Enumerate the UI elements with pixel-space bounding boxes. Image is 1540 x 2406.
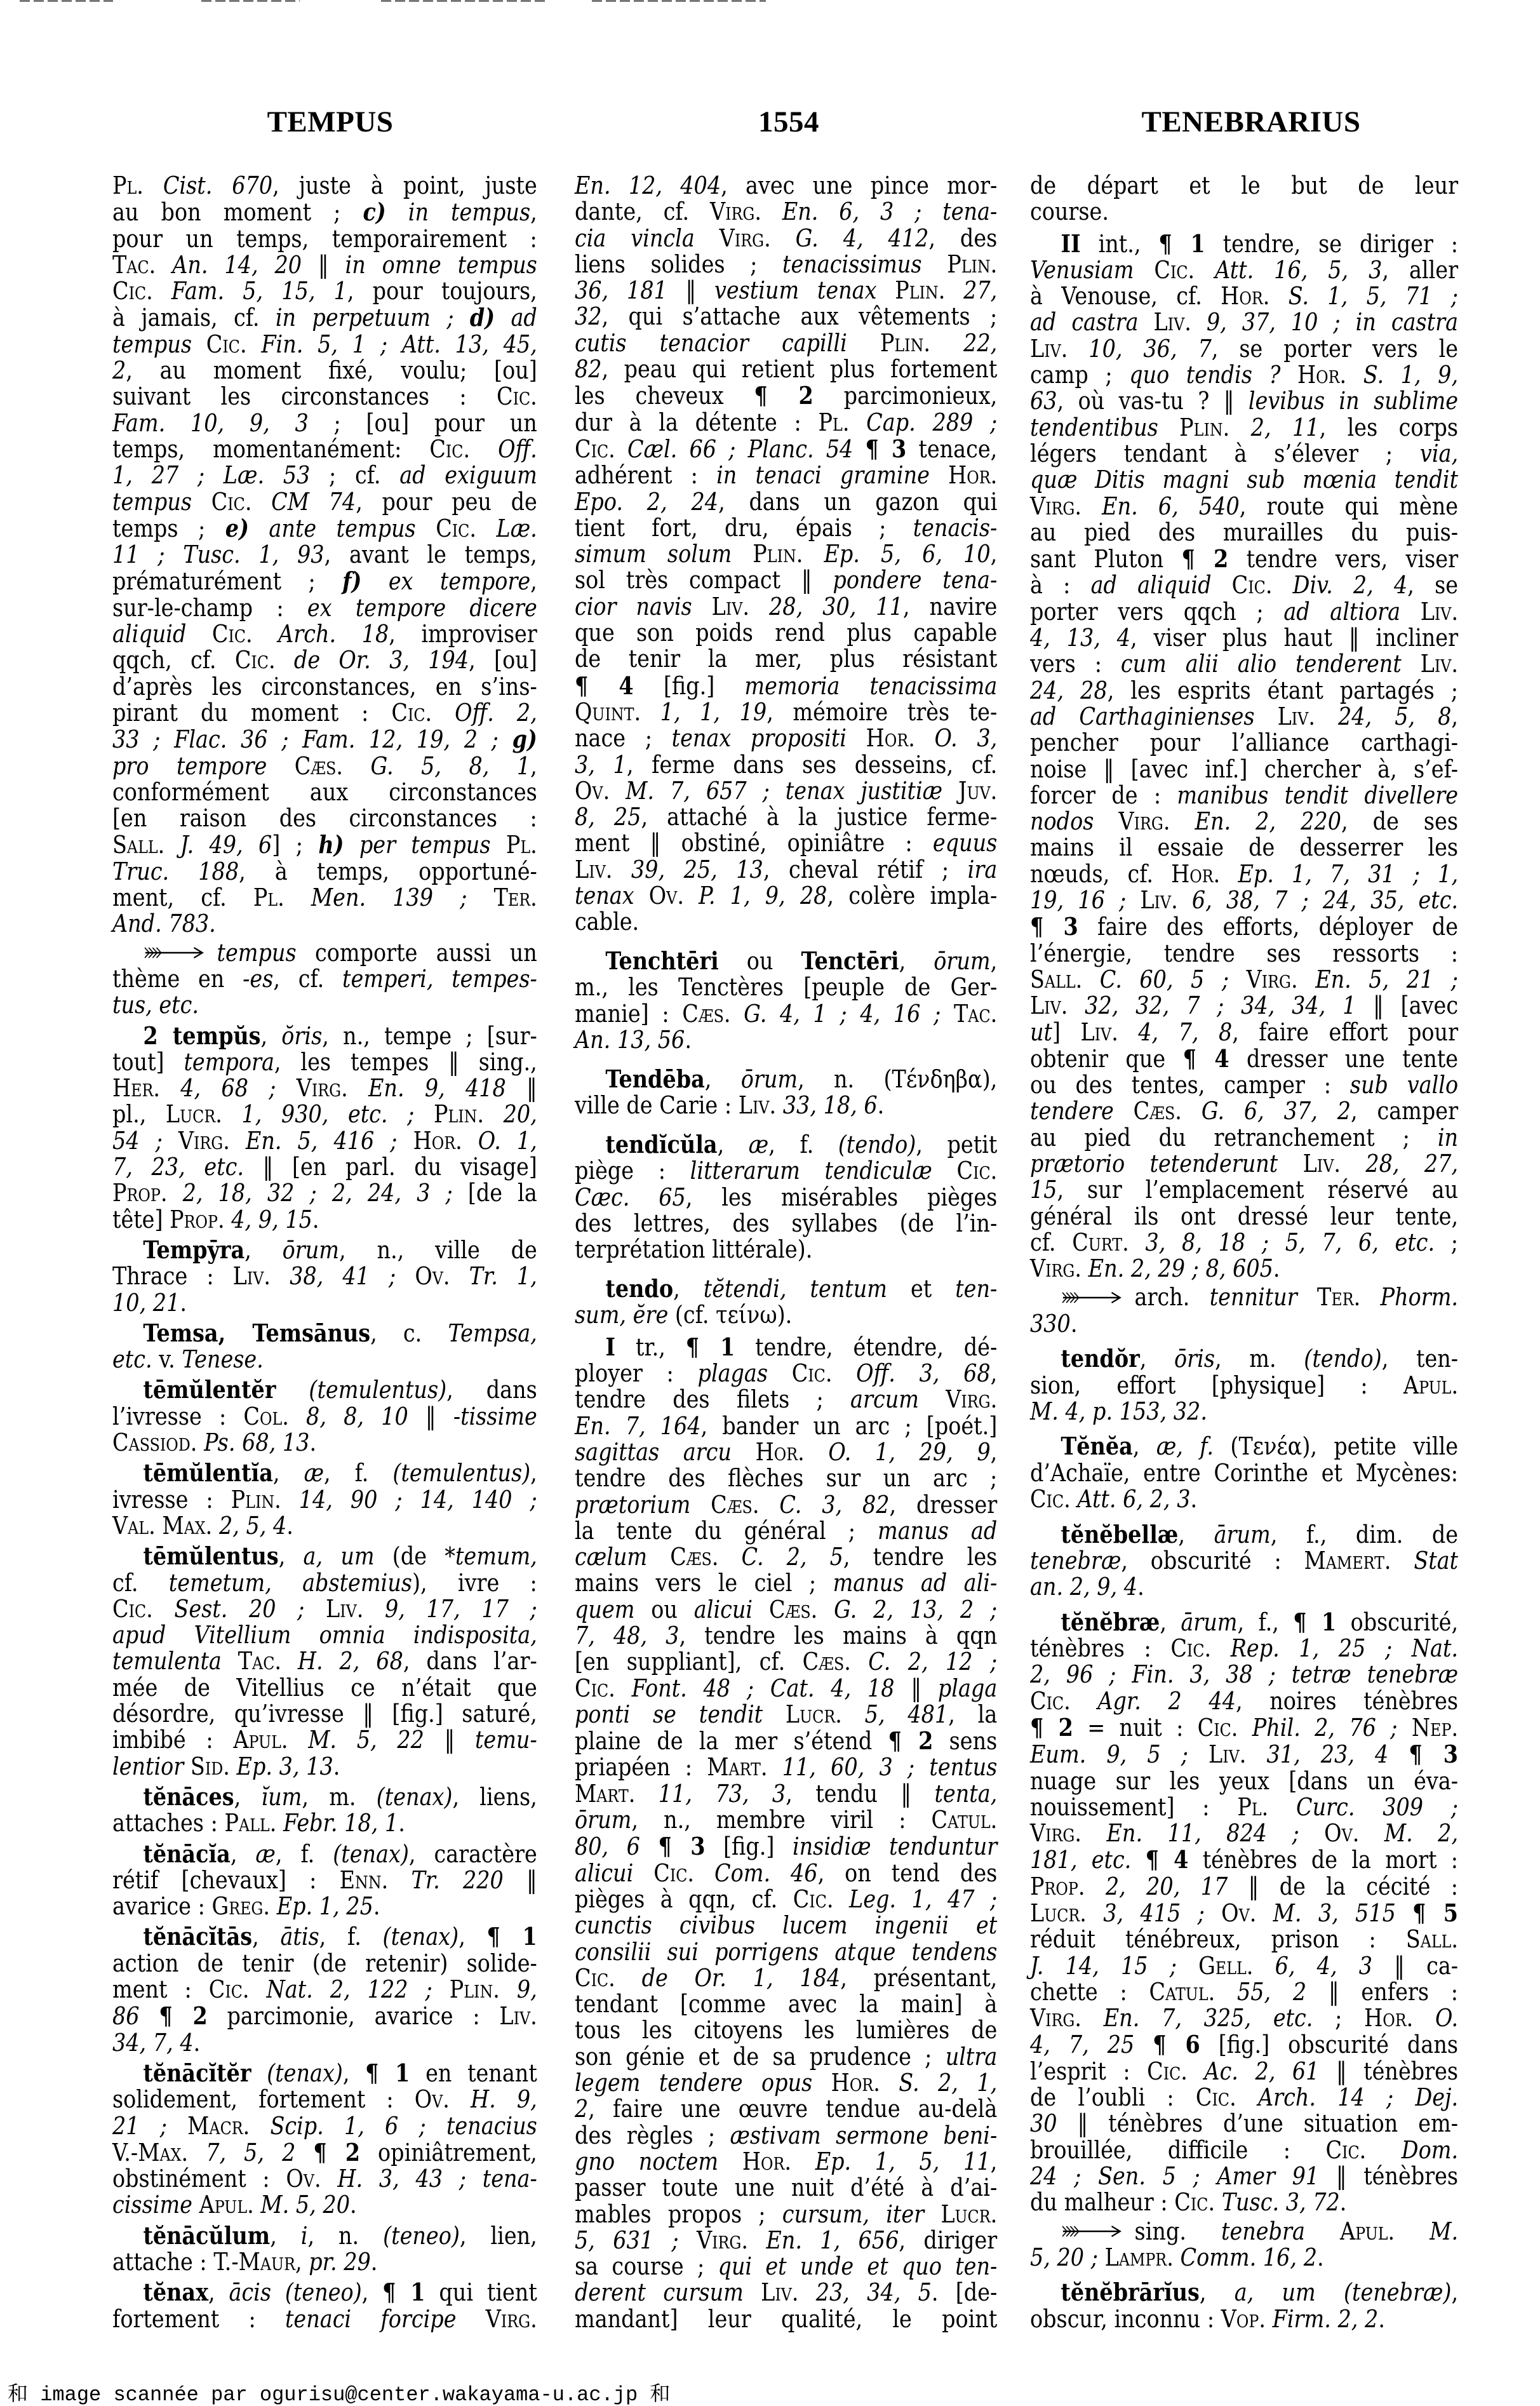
italic-text: 6, 38, 7 ; 24, 35, etc. [1192,886,1458,914]
italic-text: manus ad [878,1517,997,1545]
text-line: de l’oubli : Cic. Arch. 14 ; Dej. [1030,2085,1458,2111]
italic-text: Tr. 1, [469,1262,537,1290]
text-line: au pied du retranchement ; in [1030,1125,1458,1151]
sense-number: ¶ 4 [575,671,634,700]
text-line: tēmŭlentĭa, æ, f. (temulentus), [112,1460,537,1486]
author-abbreviation: Cic. [429,435,470,463]
sense-letter: e) [225,514,249,542]
author-abbreviation: Lucr. [786,1700,842,1728]
author-abbreviation: Tac. [112,251,156,279]
italic-text: tĕtendi, tentum [704,1275,887,1303]
text-line: camp ; quo tendis ? Hor. S. 1, 9, [1030,362,1458,388]
sense-number: ¶ 1 [487,1922,537,1951]
text-line: ut] Liv. 4, 7, 8, faire effort pour [1030,1019,1458,1045]
italic-text: J. 14, 15 ; [1030,1952,1177,1980]
sense-letter: c) [363,198,385,226]
author-abbreviation: Virg. [486,2305,537,2333]
italic-text: Att. 16, 5, 3 [1215,256,1382,284]
text-line: ou des tentes, camper : sub vallo [1030,1072,1458,1098]
author-abbreviation: Cæs. [803,1648,851,1676]
entry-paragraph: Tempȳra, ōrum, n., ville deThrace : Liv.… [112,1237,537,1316]
italic-text: cum alii alio tenderent [1121,650,1402,678]
text-line: Fam. 10, 9, 3 ; [ou] pour un [112,410,537,436]
author-abbreviation: Cic. [211,488,252,516]
text-line: de tenir la mer, plus résistant [575,646,997,672]
italic-text: Arch. 18 [278,620,389,648]
text-line: du malheur : Cic. Tusc. 3, 72. [1030,2189,1458,2215]
author-abbreviation: Cæs. [682,1000,730,1028]
sense-number: ¶ 2 [1030,1713,1073,1742]
text-line: Tendēba, ōrum, n. (Τένδηβα), [575,1066,997,1092]
italic-text: plagas [697,1359,768,1387]
author-abbreviation: Apul. [1403,1371,1458,1399]
author-abbreviation: Pl. [1237,1793,1268,1821]
italic-text: Ac. 2, 61 [1204,2057,1319,2085]
text-line: sol très compact ‖ pondere tena- [575,567,997,593]
text-line: 7, 48, 3, tendre les mains à qqn [575,1623,997,1649]
text-line: Sall. J. 49, 6] ; h) per tempus Pl. [112,831,537,858]
dictionary-entry: tĕnax, ācis (teneo), ¶ 1 qui tientfortem… [112,2279,537,2332]
italic-text: C. 3, 82 [779,1491,889,1519]
dictionary-entry: Tempȳra, ōrum, n., ville deThrace : Liv.… [112,1237,537,1316]
text-line: quem ou alicui Cæs. G. 2, 13, 2 ; [575,1597,997,1623]
author-abbreviation: Cassiod. [112,1428,197,1456]
text-line: mandant] leur qualité, le point [575,2306,997,2332]
text-line: Liv. 39, 25, 13, cheval rétif ; ira [575,857,997,883]
italic-text: 2, 11 [1251,413,1320,441]
italic-text: 1, 930, etc. ; [241,1100,414,1128]
text-line: tēmŭlentus, a, um (de *temum, [112,1543,537,1569]
text-line: pièges à qqn, cf. Cic. Leg. 1, 47 ; [575,1886,997,1912]
text-line: suivant les circonstances : Cic. [112,384,537,410]
italic-text: 14, 90 ; 14, 140 ; [299,1486,537,1514]
text-line: apud Vitellium omnia indisposita, [112,1622,537,1648]
text-line: tendere Cæs. G. 6, 37, 2, camper [1030,1098,1458,1124]
text-line: cior navis Liv. 28, 30, 11, navire [575,594,997,620]
text-line: tempus Cic. CM 74, pour peu de [112,489,537,515]
author-abbreviation: Cic. [575,435,615,463]
dictionary-entry: Tendēba, ōrum, n. (Τένδηβα),ville de Car… [575,1066,997,1119]
text-line: solidement, fortement : Ov. H. 9, [112,2087,537,2113]
author-abbreviation: Gell. [1198,1952,1253,1980]
text-line: pl., Lucr. 1, 930, etc. ; Plin. 20, [112,1101,537,1127]
italic-text: G. 2, 13, 2 ; [834,1596,997,1623]
italic-text: Dom. [1402,2136,1458,2164]
text-line: lentior Sid. Ep. 3, 13. [112,1754,537,1780]
italic-text: ācis (teneo) [229,2278,362,2306]
author-abbreviation: Liv. [1303,1150,1341,1178]
italic-text: 5, 481 [865,1700,949,1728]
author-abbreviation: Cic. [1196,2083,1236,2111]
text-line: sum, ĕre (cf. τείνω). [575,1302,997,1328]
author-abbreviation: Lampr. [1105,2243,1174,2271]
author-abbreviation: Cic. [1232,571,1273,599]
scan-credit-text: image scannée par ogurisu@center.wakayam… [40,2383,638,2406]
author-abbreviation: Liv. [1140,886,1177,914]
text-line: manie] : Cæs. G. 4, 1 ; 4, 16 ; Tac. [575,1001,997,1027]
italic-text: 34, 7, 4 [112,2029,194,2057]
author-abbreviation: Greg. [211,1892,270,1920]
text-line: tendre des filets ; arcum Virg. [575,1387,997,1413]
text-line: nœuds, cf. Hor. Ep. 1, 7, 31 ; 1, [1030,861,1458,887]
italic-text: pr. 29 [309,2248,371,2276]
author-abbreviation: Plin. [947,250,997,278]
italic-text: (tendo) [838,1131,916,1159]
italic-text: 2 [575,2095,588,2123]
text-line: 86 ¶ 2 parcimonie, avarice : Liv. [112,2003,537,2029]
italic-text: cior navis [575,593,692,621]
italic-text: ad aliquid [1091,571,1212,599]
dictionary-entry: de départ et le but de leurcourse.II int… [1030,173,1458,1337]
italic-text: temperi, tempes- [342,965,537,993]
text-line: terprétation littérale). [575,1237,997,1263]
italic-text: tenacis- [913,514,998,542]
italic-text: And. 783. [112,910,216,938]
text-line: Ov. M. 7, 657 ; tenax justitiæ Juv. [575,778,997,804]
text-line: Cic. Att. 6, 2, 3. [1030,1486,1458,1512]
headword: Tendēba [605,1065,704,1093]
text-line: liens solides ; tenacissimus Plin. [575,252,997,278]
text-line: 3, 1, ferme dans ses desseins, cf. [575,752,997,778]
text-line: sur-le-champ : ex tempore dicere [112,595,537,621]
historical-note: sing. tenebra Apul. M.5, 20 ; Lampr. Com… [1030,2219,1458,2271]
sense-number: ¶ 4 [1183,1044,1229,1073]
italic-text: tempora [184,1048,274,1076]
text-line: Tĕnĕa, æ, f. (Τενέα), petite ville [1030,1433,1458,1460]
italic-text: S. 1, 9, [1363,361,1458,389]
author-abbreviation: Ter. [494,884,537,911]
author-abbreviation: Ter. [1317,1283,1360,1311]
entry-paragraph: de départ et le but de leurcourse. [1030,173,1458,225]
text-line: 4, 13, 4, viser plus haut ‖ incliner [1030,625,1458,651]
author-abbreviation: Virg. [1030,2004,1081,2032]
text-line: 80, 6 ¶ 3 [fig.] insidiæ tenduntur [575,1833,997,1860]
italic-text: consilii sui porrigens atque tendens [575,1938,997,1966]
headword: tĕnācĭa [143,1839,230,1868]
italic-text: Com. 46 [714,1859,818,1887]
italic-text: 39, 25, 13 [631,856,763,884]
author-abbreviation: Virg. [697,2226,748,2254]
text-line: Quint. 1, 1, 19, mémoire très te- [575,699,997,725]
italic-text: 7, 48, 3 [575,1622,679,1650]
author-abbreviation: Prop. [112,1179,167,1207]
italic-text: 4, 9, 15 [231,1206,312,1233]
text-line: Cic. Sest. 20 ; Liv. 9, 17, 17 ; [112,1596,537,1622]
dictionary-entry: tendĭcŭla, æ, f. (tendo), petitpiège : l… [575,1131,997,1263]
text-line: 33 ; Flac. 36 ; Fam. 12, 19, 2 ; g) [112,726,537,753]
italic-text: 38, 41 ; [290,1262,396,1290]
italic-text: 4, 7, 25 [1030,2031,1134,2059]
text-line: Virg. En. 6, 540, route qui mène [1030,494,1458,520]
author-abbreviation: T.-Maur [213,2248,295,2276]
author-abbreviation: Plin. [450,1975,500,2003]
text-line: obscur, inconnu : Vop. Firm. 2, 2. [1030,2306,1458,2332]
italic-text: an. 2, 9, 4 [1030,1573,1137,1601]
author-abbreviation: Liv. [575,856,612,884]
author-abbreviation: Hor. [1221,282,1269,310]
headword: 2 tempŭs [143,1021,260,1050]
text-line: les cheveux ¶ 2 parcimonieux, [575,382,997,409]
text-line: Cassiod. Ps. 68, 13. [112,1430,537,1456]
italic-text: Curc. 309 ; [1296,1793,1458,1821]
author-abbreviation: V.-Max. [112,2139,188,2167]
italic-text: 24, 28 [1030,676,1108,704]
text-line: tous les citoyens les lumières de [575,2017,997,2043]
dictionary-entry: tĕnācĭtās, ātis, f. (tenax), ¶ 1action d… [112,1923,537,2055]
italic-text: Phorm. [1381,1283,1458,1311]
text-line: cf. temetum, abstemius), ivre : [112,1570,537,1596]
italic-text: Ep. 1, 25 [277,1892,373,1920]
italic-text: H. 2, 68 [298,1647,403,1675]
author-abbreviation: Ov. [286,2165,321,2193]
author-abbreviation: Ov. [1221,1899,1256,1927]
sense-number: ¶ 1 [1158,229,1205,258]
sense-number: ¶ 1 [382,2278,425,2306]
italic-text: Phil. 2, 76 ; [1252,1714,1398,1742]
italic-text: Venusiam [1030,256,1134,284]
italic-text: Cæc. 65 [575,1183,686,1211]
text-line: sing. tenebra Apul. M. [1030,2219,1458,2245]
text-line: ponti se tendit Lucr. 5, 481, la [575,1702,997,1728]
italic-text: Agr. 2 44 [1097,1687,1236,1715]
italic-text: Cist. 670 [163,171,272,199]
italic-text: tenax [575,882,634,910]
italic-text: Tenese. [182,1345,263,1373]
text-line: cf. Curt. 3, 8, 18 ; 5, 7, 6, etc. ; [1030,1230,1458,1256]
headword: tĕnĕbræ [1061,1608,1160,1636]
headword: tĕnācĭtās [143,1922,252,1951]
text-line: légers tendant à s’élever ; via, [1030,441,1458,467]
sense-number: ¶ 2 [1181,544,1228,573]
text-line: Truc. 188, à temps, opportuné- [112,859,537,885]
italic-text: Leg. 1, 47 ; [849,1885,997,1913]
italic-text: Sest. 20 ; [174,1595,304,1623]
author-abbreviation: Cic. [206,330,247,358]
text-line: action de tenir (de retenir) solide- [112,1951,537,1977]
italic-text: Fam. 10, 9, 3 [112,409,309,437]
entry-paragraph: Tenchtēri ou Tenctēri, ōrum,m., les Tenc… [575,948,997,1053]
text-line: ¶ 2 = nuit : Cic. Phil. 2, 76 ; Nep. [1030,1714,1458,1741]
author-abbreviation: Liv. [1278,702,1315,730]
text-line: ténèbres : Cic. Rep. 1, 25 ; Nat. [1030,1636,1458,1662]
italic-text: Scip. 1, 6 ; tenacius [270,2112,537,2140]
italic-text: 10, 21 [112,1289,180,1317]
sense-number: ¶ 5 [1412,1899,1458,1927]
italic-text: prætorium [575,1491,690,1519]
author-abbreviation: Sall. [1030,965,1082,993]
italic-text: M. 4, p. 153, 32. [1030,1397,1207,1425]
italic-text: via, [1420,440,1458,467]
italic-text: O. 3, [935,724,998,752]
italic-text: Cæl. 66 ; Planc. 54 [627,435,853,463]
historical-note: arch. tennitur Ter. Phorm.330. [1030,1284,1458,1337]
text-line: cissime Apul. M. 5, 20. [112,2192,537,2218]
author-abbreviation: Ov. [575,777,610,805]
dictionary-entry: tendŏr, ōris, m. (tendo), ten-sion, effo… [1030,1345,1458,1425]
text-line: 7, 23, etc. ‖ [en parl. du visage] [112,1154,537,1180]
author-abbreviation: Liv. [233,1262,271,1290]
italic-text: Ep. 1, 7, 31 ; 1, [1238,860,1458,888]
author-abbreviation: Ov. [415,1262,450,1290]
scan-mark [592,0,766,2]
italic-text: 181, etc. [1030,1846,1131,1874]
author-abbreviation: Cic. [575,1964,615,1992]
author-abbreviation: Ov. [649,882,684,910]
text-line: Prop. 2, 20, 17 ‖ de la cécité : [1030,1874,1458,1900]
text-line: que son poids rend plus capable [575,620,997,646]
author-abbreviation: Prop. [170,1206,224,1233]
text-line: Cic. de Or. 1, 184, présentant, [575,1965,997,1991]
italic-text: ad exiguum [399,461,537,489]
italic-text: J. 49, 6 [180,831,272,859]
text-line: tendre des flèches sur un arc ; [575,1465,997,1491]
italic-text: Tusc. 3, 72 [1222,2188,1340,2216]
text-line: etc. v. Tenese. [112,1347,537,1373]
author-abbreviation: Virg. [720,224,771,252]
text-line: mains vers le ciel ; manus ad ali- [575,1570,997,1596]
italic-text: plaga [938,1674,997,1702]
author-abbreviation: Virg. [178,1127,230,1155]
text-line: pirant du moment : Cic. Off. 2, [112,700,537,726]
text-line: alicui Cic. Com. 46, on tend des [575,1860,997,1886]
dictionary-entry: 2 tempŭs, ŏris, n., tempe ; [sur-tout] t… [112,1023,537,1233]
italic-text: Tempsa, [448,1319,537,1347]
entry-paragraph: tĕnācĭtās, ātis, f. (tenax), ¶ 1action d… [112,1923,537,2055]
italic-text: manibus tendit divellere [1177,781,1458,809]
text-line: And. 783. [112,911,537,937]
feathered-arrow-icon [1061,1291,1122,1305]
italic-text: ōris [1174,1345,1215,1373]
italic-text: temu- [475,1726,537,1754]
text-line: Tempȳra, ōrum, n., ville de [112,1237,537,1263]
italic-text: Firm. 2, 2 [1273,2305,1379,2333]
text-line: tout] tempora, les tempes ‖ sing., [112,1049,537,1075]
italic-text: lentior [112,1752,184,1780]
author-abbreviation: Virg. [1030,492,1081,520]
italic-text: ponti se tendit [575,1700,763,1728]
text-line: ¶ 4 [fig.] memoria tenacissima [575,673,997,699]
entry-paragraph: Pl. Cist. 670, juste à point, justeau bo… [112,173,537,938]
entry-paragraph: tendĭcŭla, æ, f. (tendo), petitpiège : l… [575,1131,997,1263]
italic-text: O. [1435,2004,1458,2032]
headword: tēmŭlentus [143,1542,278,1570]
dictionary-entry: En. 12, 404, avec une pince mor-dante, c… [575,173,997,936]
italic-text: tempus [217,939,297,967]
italic-text: 19, 16 ; [1030,886,1126,914]
author-abbreviation: Cic. [209,1975,250,2003]
text-line: sion, effort [physique] : Apul. [1030,1373,1458,1399]
italic-text: 10, 36, 7 [1088,335,1211,363]
italic-text: 54 ; [112,1127,163,1155]
italic-text: *temum, [445,1542,537,1570]
entry-paragraph: tēmŭlentus, a, um (de *temum,cf. temetum… [112,1543,537,1780]
text-line: Prop. 2, 18, 32 ; 2, 24, 3 ; [de la [112,1180,537,1206]
text-line: tĕnācĭtās, ātis, f. (tenax), ¶ 1 [112,1923,537,1950]
text-line: imbibé : Apul. M. 5, 22 ‖ temu- [112,1727,537,1753]
scan-mark [201,0,300,2]
italic-text: M. 5, 20 [260,2191,350,2219]
italic-text: Tr. 220 [412,1866,504,1894]
italic-text: 22, [963,329,997,357]
text-line: dur à la détente : Pl. Cap. 289 ; [575,410,997,436]
text-line: obtenir que ¶ 4 dresser une tente [1030,1045,1458,1072]
text-line: tĕnĕbrārĭus, a, um (tenebræ), [1030,2279,1458,2306]
sense-number: ¶ 6 [1153,2030,1200,2059]
text-line: 2, au moment fixé, voulu; [ou] [112,358,537,384]
italic-text: Fin. 5, 1 ; Att. 13, 45, [261,330,537,358]
italic-text: 7, 23, etc. [112,1153,244,1181]
author-abbreviation: Hor. [948,461,997,489]
italic-text: cia vincla [575,224,695,252]
text-line: 2, faire une œuvre tendue au-delà [575,2096,997,2122]
text-line: 5, 631 ; Virg. En. 1, 656, diriger [575,2228,997,2254]
dictionary-entry: tĕnācĭa, æ, f. (tenax), caractèrerétif [… [112,1841,537,1920]
italic-text: æ [304,1459,324,1487]
text-line: 54 ; Virg. En. 5, 416 ; Hor. O. 1, [112,1128,537,1154]
left-guide-word: TEMPUS [267,107,394,137]
text-line: 32, qui s’attache aux vêtements ; [575,304,997,330]
italic-text: Off. 3, 68 [856,1359,991,1387]
italic-text: manus ad ali- [833,1569,998,1597]
italic-text: 3, 8, 18 ; 5, 7, 6, etc. [1145,1228,1435,1256]
text-line: son génie et de sa prudence ; ultra [575,2044,997,2070]
text-line: prætorio tetenderunt Liv. 28, 27, [1030,1151,1458,1177]
text-line: noise ‖ [avec inf.] chercher à, s’ef- [1030,756,1458,783]
italic-text: 55, 2 [1237,1978,1306,2006]
italic-text: 2, 96 ; Fin. 3, 38 ; tetræ tenebræ [1030,1660,1458,1688]
italic-text: M. 3, 515 [1273,1899,1396,1927]
text-line: brouillée, difficile : Cic. Dom. [1030,2137,1458,2163]
author-abbreviation: Apul. [199,2191,254,2219]
author-abbreviation: Liv. [1030,991,1068,1019]
text-line: temulenta Tac. H. 2, 68, dans l’ar- [112,1648,537,1674]
author-abbreviation: Mart. [575,1780,635,1808]
text-line: ment, cf. Pl. Men. 139 ; Ter. [112,885,537,911]
text-line: mains il essaie de desserrer les [1030,835,1458,861]
italic-text: -tissime [453,1402,537,1430]
headword: tĕnĕbrārĭus [1061,2278,1199,2306]
text-line: 21 ; Macr. Scip. 1, 6 ; tenacius [112,2113,537,2139]
italic-text: æ, f. [1156,1432,1214,1460]
text-line: fortement : tenaci forcipe Virg. [112,2306,537,2332]
text-line: sa course ; qui et unde et quo ten- [575,2254,997,2280]
author-abbreviation: Hor. [831,2069,880,2097]
text-line: nuage sur les yeux [dans un éva- [1030,1768,1458,1794]
italic-text: 9, 37, 10 ; in castra [1207,308,1458,336]
text-line: aliquid Cic. Arch. 18, improviser [112,621,537,647]
italic-text: 24, 5, 8 [1338,702,1451,730]
italic-text: in tempus [408,198,530,226]
headword: tĕnācŭlum [143,2221,270,2250]
text-line: temps ; e) ante tempus Cic. Læ. [112,515,537,542]
sense-number: ¶ 2 [754,381,813,410]
author-abbreviation: Liv. [739,1091,776,1119]
text-line: 63, où vas-tu ? ‖ levibus in sublime [1030,388,1458,414]
text-line: vers : cum alii alio tenderent Liv. [1030,651,1458,677]
text-line: tendentibus Plin. 2, 11, les corps [1030,415,1458,441]
column-left: Pl. Cist. 670, juste à point, justeau bo… [112,173,537,2332]
sense-number: ¶ 1 [1293,1608,1336,1636]
text-line: 1, 27 ; Læ. 53 ; cf. ad exiguum [112,462,537,488]
author-abbreviation: Cæs. [769,1596,817,1623]
italic-text: 36, 181 [575,276,667,304]
text-line: dante, cf. Virg. En. 6, 3 ; tena- [575,199,997,225]
entry-paragraph: tēmŭlentĭa, æ, f. (temulentus),ivresse :… [112,1460,537,1539]
text-line: tendo, tĕtendi, tentum et ten- [575,1275,997,1302]
text-line: 330. [1030,1311,1458,1337]
italic-text: cissime [112,2191,192,2219]
italic-text: ad altiora [1283,598,1400,626]
